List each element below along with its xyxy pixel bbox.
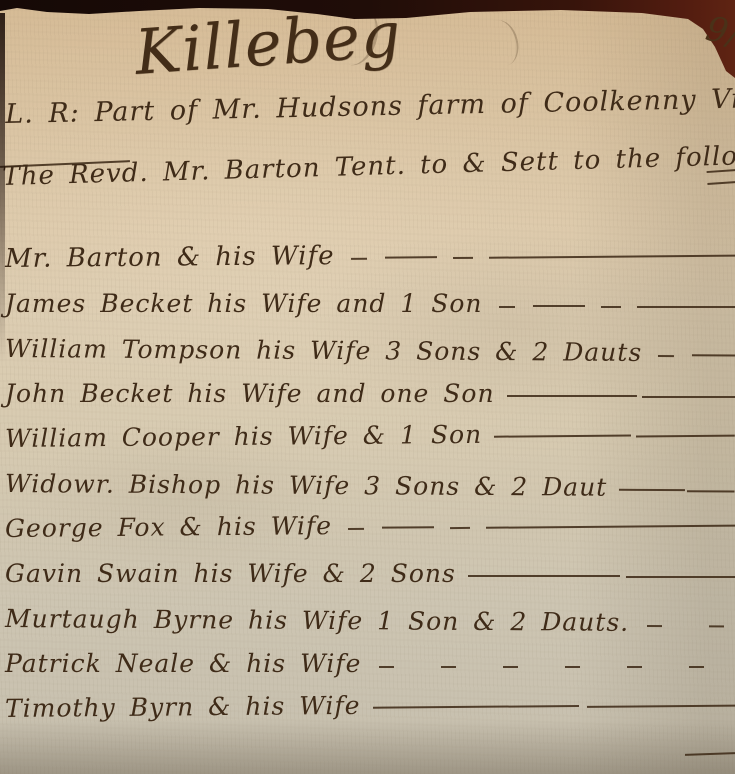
tenant-entry-text: George Fox & his Wife xyxy=(5,511,332,543)
ruled-dashes xyxy=(495,305,735,309)
tenant-row: James Becket his Wife and 1 Son xyxy=(0,281,735,326)
tenant-row: Murtaugh Byrne his Wife 1 Son & 2 Dauts. xyxy=(0,596,735,645)
tenant-entry-text: James Becket his Wife and 1 Son xyxy=(5,289,483,318)
tenant-entry-text: Gavin Swain his Wife & 2 Sons xyxy=(5,559,456,588)
ruled-dashes xyxy=(468,575,735,579)
trailing-double-dash xyxy=(707,169,735,185)
ink-showthrough-mark xyxy=(481,17,523,69)
manuscript-page: 9/ Killebeg L. R: Part of Mr. Hudsons fa… xyxy=(0,0,735,774)
tenant-row: Gavin Swain his Wife & 2 Sons xyxy=(0,551,735,596)
tenant-entry-text: Widowr. Bishop his Wife 3 Sons & 2 Daut xyxy=(5,469,607,502)
bottom-margin-dash xyxy=(685,752,735,756)
tenant-entry-text: John Becket his Wife and one Son xyxy=(5,379,495,408)
tenant-row: William Tompson his Wife 3 Sons & 2 Daut… xyxy=(0,326,735,375)
tenant-row: Timothy Byrn & his Wife xyxy=(0,680,735,731)
ruled-dashes xyxy=(347,253,735,260)
tenant-entry-text: Mr. Barton & his Wife xyxy=(5,241,335,274)
page-left-edge xyxy=(0,13,5,363)
tenant-row: Mr. Barton & his Wife xyxy=(0,230,735,281)
tenant-entry-text: Timothy Byrn & his Wife xyxy=(5,691,361,723)
tenant-entry-text: Murtaugh Byrne his Wife 1 Son & 2 Dauts. xyxy=(5,604,629,637)
tenant-list: Mr. Barton & his Wife James Becket his W… xyxy=(0,236,735,731)
ruled-dashes xyxy=(619,488,735,493)
tenant-entry-text: William Tompson his Wife 3 Sons & 2 Daut… xyxy=(5,334,642,367)
header-line-farm-note: L. R: Part of Mr. Hudsons farm of Coolke… xyxy=(5,83,735,130)
ruled-dashes xyxy=(507,395,735,399)
ruled-dashes xyxy=(641,623,735,628)
ruled-dashes xyxy=(494,433,735,439)
header-line-tenant-note: The Revd. Mr. Barton Tent. to & Sett to … xyxy=(2,141,735,192)
tenant-row: William Cooper his Wife & 1 Son xyxy=(0,410,735,461)
tenant-row: Patrick Neale & his Wife xyxy=(0,641,735,686)
tenant-row: John Becket his Wife and one Son xyxy=(0,371,735,416)
ruled-dashes xyxy=(373,665,735,669)
tenant-entry-text: Patrick Neale & his Wife xyxy=(5,649,361,678)
tenant-entry-text: William Cooper his Wife & 1 Son xyxy=(5,420,482,453)
tenant-row: George Fox & his Wife xyxy=(0,500,735,551)
ruled-dashes xyxy=(344,523,735,530)
ruled-dashes xyxy=(654,353,735,357)
ruled-dashes xyxy=(373,703,735,710)
